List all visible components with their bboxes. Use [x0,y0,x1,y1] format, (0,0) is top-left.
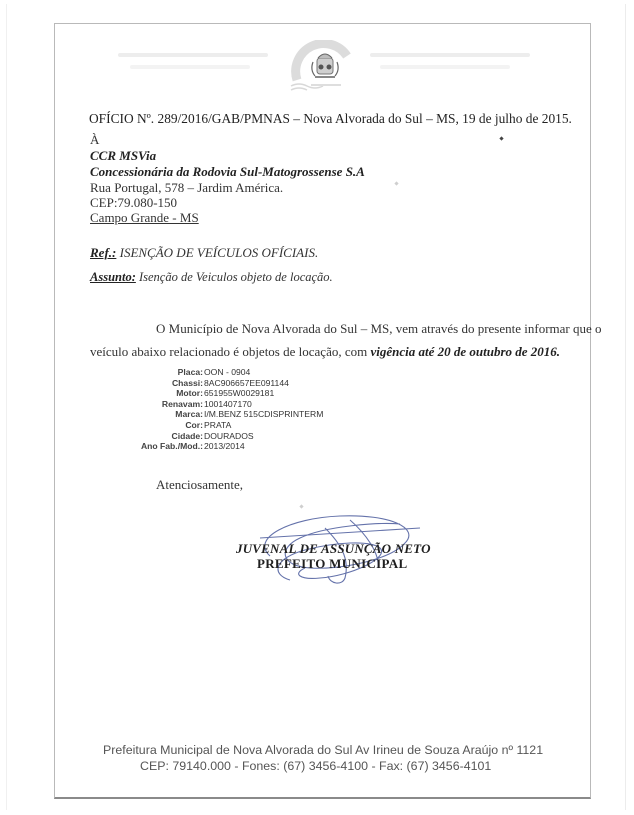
vehicle-row: Cidade:DOURADOS [110,431,323,442]
coat-of-arms-icon [285,40,355,95]
vehicle-field-label: Ano Fab./Mod.: [110,441,203,452]
faded-letterhead-text [118,53,268,57]
footer-address: Prefeitura Municipal de Nova Alvorada do… [103,743,543,757]
vehicle-row: Chassi:8AC906657EE091144 [110,378,323,389]
vehicle-field-label: Marca: [110,409,203,420]
closing-greeting: Atenciosamente, [156,477,243,493]
recipient-name: CCR MSVia [90,148,156,164]
vehicle-field-value: 1001407170 [203,399,252,410]
recipient-cep: CEP:79.080-150 [90,195,177,211]
vehicle-field-label: Cidade: [110,431,203,442]
subject-line: Assunto: Isenção de Veiculos objeto de l… [90,270,333,285]
vehicle-row: Motor:651955W0029181 [110,388,323,399]
recipient-company: Concessionária da Rodovia Sul-Matogrosse… [90,164,365,180]
vehicle-field-value: PRATA [203,420,231,431]
validity-emphasis: vigência até 20 de outubro de 2016. [370,344,560,359]
recipient-salutation: À [90,132,99,148]
subject-label: Assunto: [90,270,136,284]
vehicle-field-value: 2013/2014 [203,441,245,452]
vehicle-row: Cor:PRATA [110,420,323,431]
vehicle-field-label: Motor: [110,388,203,399]
vehicle-field-value: 651955W0029181 [203,388,274,399]
signer-name: JUVENAL DE ASSUNÇÃO NETO [236,541,431,557]
vehicle-field-label: Chassi: [110,378,203,389]
vehicle-field-label: Renavam: [110,399,203,410]
vehicle-field-value: 8AC906657EE091144 [203,378,289,389]
vehicle-field-label: Placa: [110,367,203,378]
body-paragraph-text: veículo abaixo relacionado é objetos de … [90,344,370,359]
reference-label: Ref.: [90,245,116,260]
vehicle-field-value: OON - 0904 [203,367,250,378]
signer-title: PREFEITO MUNICIPAL [257,556,407,572]
vehicle-row: Ano Fab./Mod.:2013/2014 [110,441,323,452]
recipient-street: Rua Portugal, 578 – Jardim América. [90,180,283,196]
vehicle-row: Placa:OON - 0904 [110,367,323,378]
subject-text: Isenção de Veiculos objeto de locação. [136,270,333,284]
faded-letterhead-text [380,65,510,69]
footer-contacts: CEP: 79140.000 - Fones: (67) 3456-4100 -… [140,759,491,773]
oficio-header-line: OFÍCIO Nº. 289/2016/GAB/PMNAS – Nova Alv… [89,111,572,127]
faded-letterhead-text [130,65,250,69]
vehicle-field-value: I/M.BENZ 515CDISPRINTERM [203,409,323,420]
vehicle-row: Renavam:1001407170 [110,399,323,410]
vehicle-row: Marca:I/M.BENZ 515CDISPRINTERM [110,409,323,420]
reference-text: ISENÇÃO DE VEÍCULOS OFÍCIAIS. [116,245,318,260]
vehicle-field-value: DOURADOS [203,431,254,442]
reference-line: Ref.: ISENÇÃO DE VEÍCULOS OFÍCIAIS. [90,245,318,261]
vehicle-details: Placa:OON - 0904Chassi:8AC906657EE091144… [110,367,323,452]
body-paragraph-line1: O Município de Nova Alvorada do Sul – MS… [156,321,602,337]
vehicle-field-label: Cor: [110,420,203,431]
body-paragraph-line2: veículo abaixo relacionado é objetos de … [90,344,560,360]
recipient-city: Campo Grande - MS [90,210,199,226]
faded-letterhead-text [370,53,530,57]
